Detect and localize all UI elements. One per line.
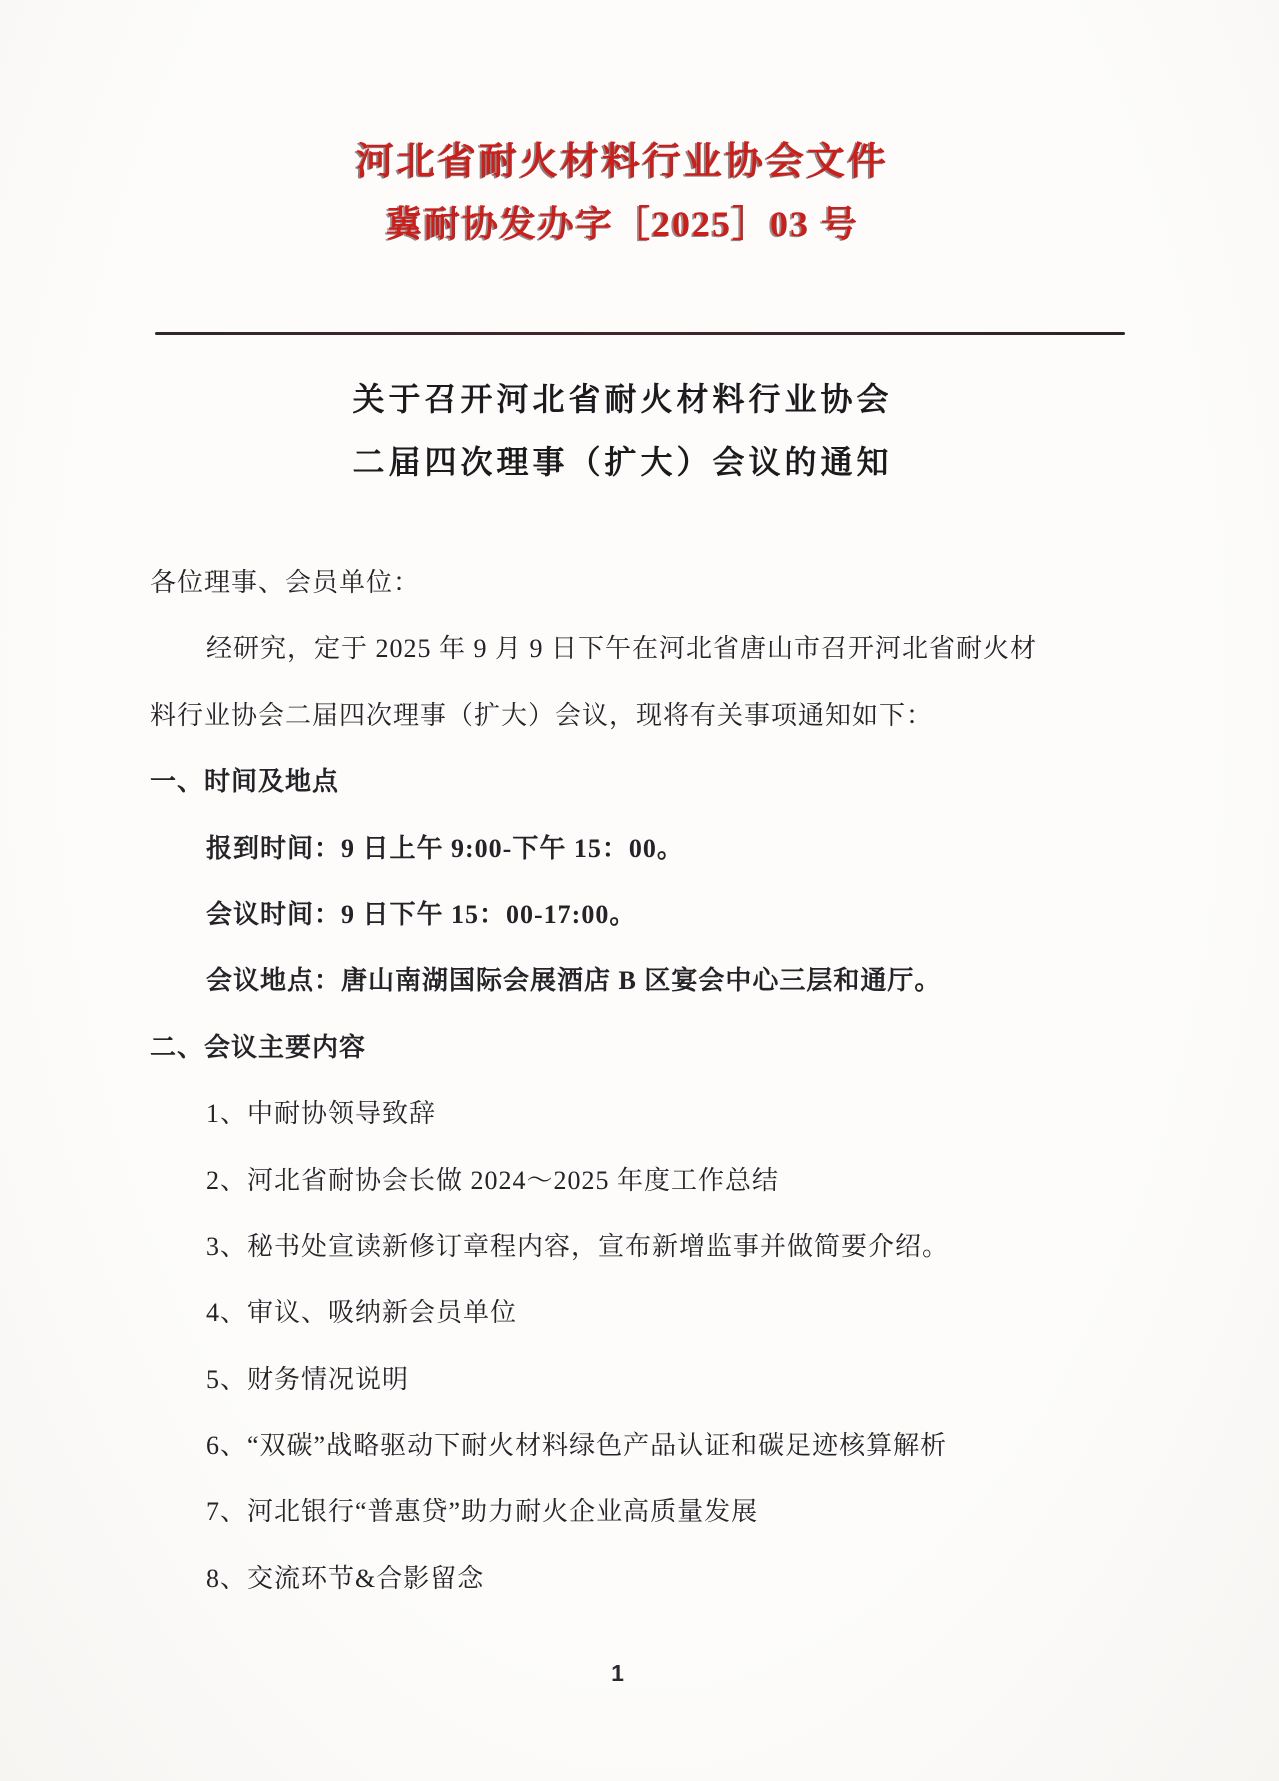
- agenda-item-3: 3、秘书处宣读新修订章程内容，宣布新增监事并做简要介绍。: [150, 1214, 1135, 1280]
- letterhead-doc-number: 冀耐协发办字［2025］03 号: [0, 203, 1245, 245]
- document-page: 河北省耐火材料行业协会文件 冀耐协发办字［2025］03 号 关于召开河北省耐火…: [0, 0, 1279, 1781]
- agenda-item-6: 6、“双碳”战略驱动下耐火材料绿色产品认证和碳足迹核算解析: [150, 1413, 1135, 1479]
- agenda-item-7: 7、河北银行“普惠贷”助力耐火企业高质量发展: [150, 1479, 1135, 1545]
- intro-paragraph-line-2: 料行业协会二届四次理事（扩大）会议，现将有关事项通知如下：: [150, 683, 1135, 749]
- agenda-item-8: 8、交流环节&合影留念: [150, 1546, 1135, 1612]
- meeting-location-line: 会议地点：唐山南湖国际会展酒店 B 区宴会中心三层和通厅。: [150, 948, 1135, 1014]
- meeting-time-line: 会议时间：9 日下午 15：00-17:00。: [150, 882, 1135, 948]
- agenda-item-2: 2、河北省耐协会长做 2024～2025 年度工作总结: [150, 1148, 1135, 1214]
- page-number: 1: [0, 1660, 1235, 1687]
- agenda-item-5: 5、财务情况说明: [150, 1347, 1135, 1413]
- document-letterhead: 河北省耐火材料行业协会文件 冀耐协发办字［2025］03 号: [0, 140, 1245, 245]
- intro-paragraph-line-1: 经研究，定于 2025 年 9 月 9 日下午在河北省唐山市召开河北省耐火材: [150, 616, 1135, 682]
- document-title-line1: 关于召开河北省耐火材料行业协会: [0, 368, 1245, 431]
- document-body: 各位理事、会员单位： 经研究，定于 2025 年 9 月 9 日下午在河北省唐山…: [150, 550, 1135, 1612]
- agenda-item-1: 1、中耐协领导致辞: [150, 1081, 1135, 1147]
- document-title: 关于召开河北省耐火材料行业协会 二届四次理事（扩大）会议的通知: [0, 368, 1245, 494]
- salutation: 各位理事、会员单位：: [150, 550, 1135, 616]
- registration-time-line: 报到时间：9 日上午 9:00-下午 15：00。: [150, 816, 1135, 882]
- document-title-line2: 二届四次理事（扩大）会议的通知: [0, 431, 1245, 494]
- agenda-item-4: 4、审议、吸纳新会员单位: [150, 1280, 1135, 1346]
- section-1-heading: 一、时间及地点: [150, 749, 1135, 815]
- letterhead-divider: [155, 332, 1125, 335]
- letterhead-org-title: 河北省耐火材料行业协会文件: [0, 140, 1245, 184]
- section-2-heading: 二、会议主要内容: [150, 1015, 1135, 1081]
